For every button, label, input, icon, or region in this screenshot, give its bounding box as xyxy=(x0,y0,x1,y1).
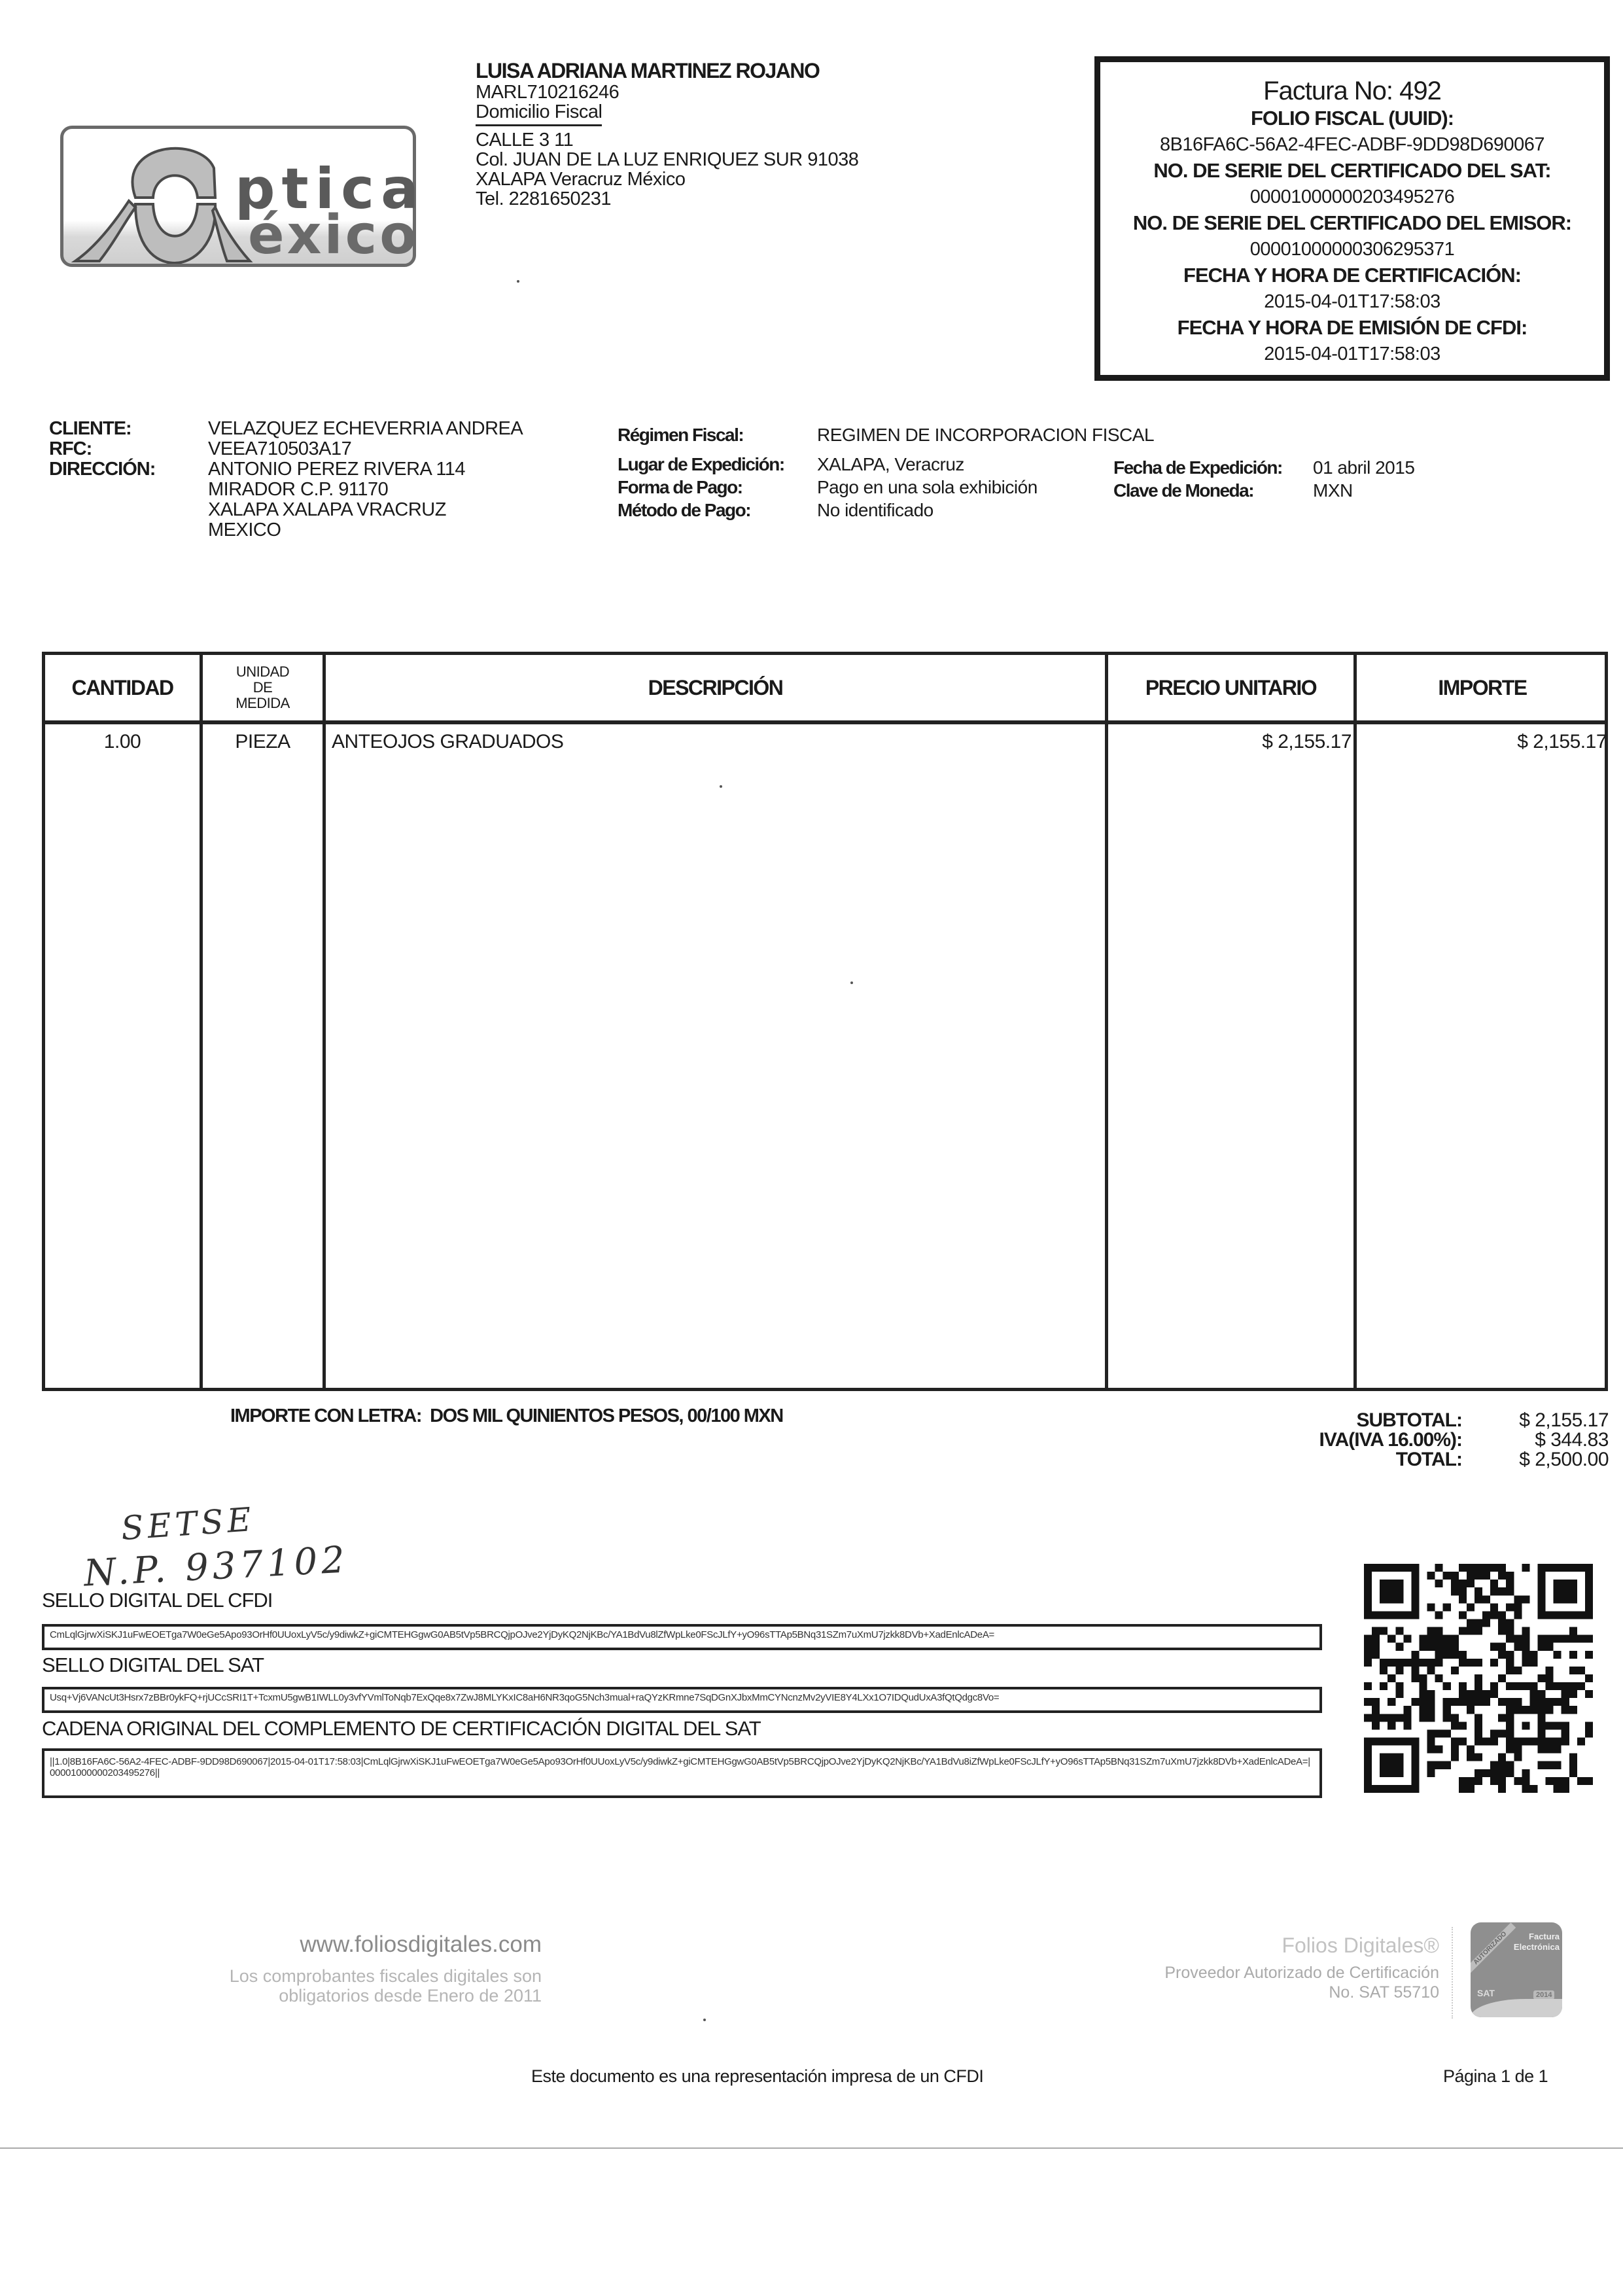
provider-line: Proveedor Autorizado de Certificación xyxy=(1047,1963,1439,1983)
scan-speck xyxy=(850,981,853,984)
emission-date-label: FECHA Y HORA DE EMISIÓN DE CFDI: xyxy=(1100,315,1604,341)
moneda-value: MXN xyxy=(1313,480,1353,502)
issuer-city: XALAPA Veracruz México xyxy=(476,169,934,189)
sat-cert-label: NO. DE SERIE DEL CERTIFICADO DEL SAT: xyxy=(1100,158,1604,184)
scan-speck xyxy=(517,280,519,283)
tagline-line: Los comprobantes fiscales digitales son xyxy=(131,1966,542,1986)
page-number: Página 1 de 1 xyxy=(1443,2066,1548,2087)
badge-title: Factura Electrónica xyxy=(1501,1932,1560,1952)
client-address-line: MIRADOR C.P. 91170 xyxy=(208,480,627,500)
provider-brand: Folios Digitales® xyxy=(1047,1934,1439,1958)
header-unidad: UNIDAD DE MEDIDA xyxy=(203,655,323,720)
amount-in-words-value: DOS MIL QUINIENTOS PESOS, 00/100 MXN xyxy=(430,1405,783,1426)
logo-text-line2: éxico xyxy=(248,204,419,266)
sat-cert-value: 00001000000203495276 xyxy=(1100,184,1604,210)
subtotal-row: SUBTOTAL: $ 2,155.17 xyxy=(1243,1411,1609,1430)
cell-descripcion: ANTEOJOS GRADUADOS xyxy=(332,731,563,753)
handwritten-note-line1: SETSE xyxy=(120,1500,256,1547)
issuer-name: LUISA ADRIANA MARTINEZ ROJANO xyxy=(476,59,934,82)
cell-cantidad: 1.00 xyxy=(45,731,200,753)
cfdi-seal-label: SELLO DIGITAL DEL CFDI xyxy=(42,1589,272,1612)
issuer-colonia: Col. JUAN DE LA LUZ ENRIQUEZ SUR 91038 xyxy=(476,150,934,169)
cfdi-representation-note: Este documento es una representación imp… xyxy=(531,2066,983,2087)
fecha-expedicion-label: Fecha de Expedición: xyxy=(1113,457,1282,478)
cell-precio: $ 2,155.17 xyxy=(1108,731,1352,753)
header-precio-unitario: PRECIO UNITARIO xyxy=(1108,655,1353,720)
client-label: CLIENTE: xyxy=(49,419,200,439)
fecha-expedicion-value: 01 abril 2015 xyxy=(1313,457,1414,479)
badge-year: 2014 xyxy=(1533,1990,1554,2000)
iva-value: $ 344.83 xyxy=(1462,1430,1609,1450)
factura-electronica-badge-icon: AUTORIZADO Factura Electrónica SAT 2014 xyxy=(1471,1922,1562,2017)
company-logo: ptica éxico xyxy=(60,126,416,267)
scan-speck xyxy=(720,785,722,788)
subtotal-label: SUBTOTAL: xyxy=(1243,1411,1462,1430)
header-cantidad: CANTIDAD xyxy=(45,655,200,720)
items-table: CANTIDAD UNIDAD DE MEDIDA DESCRIPCIÓN PR… xyxy=(42,652,1608,1391)
issuer-block: LUISA ADRIANA MARTINEZ ROJANO MARL710216… xyxy=(476,59,934,209)
fiscal-address-label: Domicilio Fiscal xyxy=(476,102,602,126)
header-importe: IMPORTE xyxy=(1357,655,1608,720)
client-address-label: DIRECCIÓN: xyxy=(49,459,200,480)
cell-unidad: PIEZA xyxy=(203,731,323,753)
forma-pago-value: Pago en una sola exhibición xyxy=(817,476,1038,499)
issuer-rfc: MARL710216246 xyxy=(476,82,934,102)
qr-code xyxy=(1364,1564,1593,1793)
emission-date-value: 2015-04-01T17:58:03 xyxy=(1100,341,1604,367)
cfdi-seal-value: CmLqlGjrwXiSKJ1uFwEOETga7W0eGe5Apo93OrHf… xyxy=(42,1624,1322,1650)
client-name: VELAZQUEZ ECHEVERRIA ANDREA xyxy=(208,419,627,439)
qr-code-icon xyxy=(1364,1564,1593,1793)
cadena-original-value: ||1.0|8B16FA6C-56A2-4FEC-ADBF-9DD98D6900… xyxy=(42,1748,1322,1798)
client-rfc-label: RFC: xyxy=(49,439,200,459)
totals-block: SUBTOTAL: $ 2,155.17 IVA(IVA 16.00%): $ … xyxy=(1243,1411,1609,1470)
total-row: TOTAL: $ 2,500.00 xyxy=(1243,1450,1609,1470)
cell-importe: $ 2,155.17 xyxy=(1357,731,1607,753)
iva-label: IVA(IVA 16.00%): xyxy=(1243,1430,1462,1450)
metodo-pago-value: No identificado xyxy=(817,499,934,521)
total-value: $ 2,500.00 xyxy=(1462,1450,1609,1470)
tagline-line: obligatorios desde Enero de 2011 xyxy=(131,1986,542,2005)
provider-tagline: Los comprobantes fiscales digitales son … xyxy=(131,1966,542,2005)
badge-sat: SAT xyxy=(1477,1988,1495,1998)
moneda-label: Clave de Moneda: xyxy=(1113,480,1253,501)
lugar-value: XALAPA, Veracruz xyxy=(817,453,964,476)
uuid-label: FOLIO FISCAL (UUID): xyxy=(1100,105,1604,132)
client-address-line: MEXICO xyxy=(208,520,627,540)
issuer-phone: Tel. 2281650231 xyxy=(476,189,934,209)
amount-in-words: IMPORTE CON LETRA: DOS MIL QUINIENTOS PE… xyxy=(230,1405,783,1427)
cadena-original-label: CADENA ORIGINAL DEL COMPLEMENTO DE CERTI… xyxy=(42,1717,761,1740)
scan-page-edge xyxy=(0,2147,1623,2149)
sat-seal-value: Usq+Vj6VANcUt3Hsrx7zBBr0ykFQ+rjUCcSRI1T+… xyxy=(42,1687,1322,1713)
subtotal-value: $ 2,155.17 xyxy=(1462,1411,1609,1430)
issuer-street: CALLE 3 11 xyxy=(476,130,934,150)
header-descripcion: DESCRIPCIÓN xyxy=(326,655,1105,720)
client-address-line: ANTONIO PEREZ RIVERA 114 xyxy=(208,459,627,480)
provider-sat-number: No. SAT 55710 xyxy=(1047,1983,1439,2002)
sat-seal-label: SELLO DIGITAL DEL SAT xyxy=(42,1653,264,1677)
client-rfc: VEEA710503A17 xyxy=(208,439,627,459)
footer-divider xyxy=(1452,1927,1453,2019)
cert-date-value: 2015-04-01T17:58:03 xyxy=(1100,289,1604,315)
provider-info: Proveedor Autorizado de Certificación No… xyxy=(1047,1963,1439,2002)
regimen-label: Régimen Fiscal: xyxy=(618,425,743,445)
scan-speck xyxy=(703,2019,706,2021)
uuid-value: 8B16FA6C-56A2-4FEC-ADBF-9DD98D690067 xyxy=(1100,132,1604,158)
invoice-folio-box: Factura No: 492 FOLIO FISCAL (UUID): 8B1… xyxy=(1094,56,1610,381)
regimen-value: REGIMEN DE INCORPORACION FISCAL xyxy=(817,424,1154,446)
iva-row: IVA(IVA 16.00%): $ 344.83 xyxy=(1243,1430,1609,1450)
client-address-line: XALAPA XALAPA VRACRUZ xyxy=(208,500,627,520)
total-label: TOTAL: xyxy=(1243,1450,1462,1470)
provider-url: www.foliosdigitales.com xyxy=(196,1932,542,1958)
metodo-pago-label: Método de Pago: xyxy=(618,500,750,520)
emisor-cert-label: NO. DE SERIE DEL CERTIFICADO DEL EMISOR: xyxy=(1100,210,1604,236)
amount-in-words-label: IMPORTE CON LETRA: xyxy=(230,1405,421,1426)
forma-pago-label: Forma de Pago: xyxy=(618,477,742,497)
invoice-number: Factura No: 492 xyxy=(1100,77,1604,105)
cert-date-label: FECHA Y HORA DE CERTIFICACIÓN: xyxy=(1100,262,1604,289)
lugar-label: Lugar de Expedición: xyxy=(618,454,784,474)
emisor-cert-value: 00001000000306295371 xyxy=(1100,236,1604,262)
